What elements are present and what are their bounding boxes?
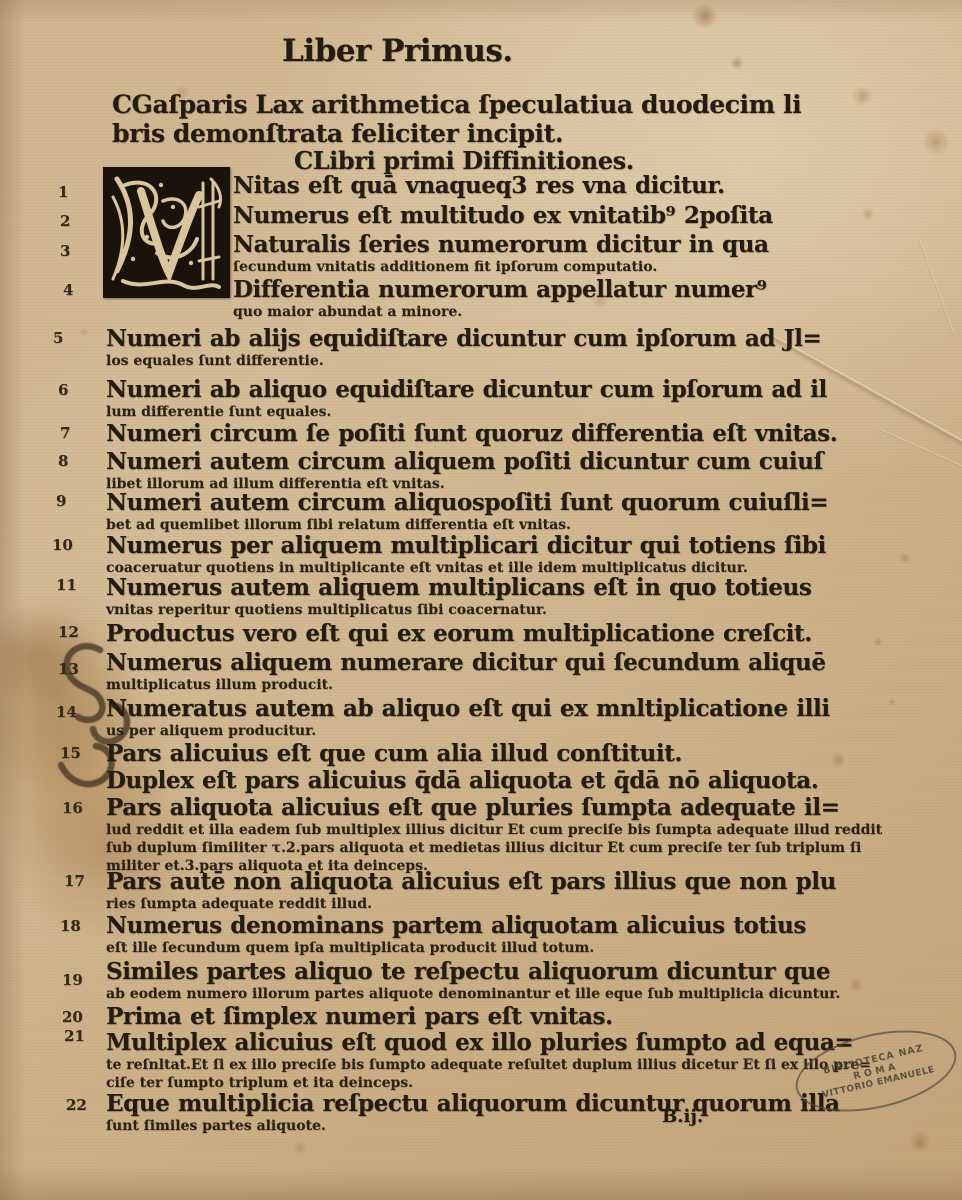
margin-number: 8 (58, 452, 68, 470)
definition-text: Numerus aliquem numerare dicitur qui ſec… (106, 649, 826, 676)
gloss-text: ſunt ſimiles partes aliquote. (106, 1117, 840, 1135)
definition-row: 3 Naturalis ſeries numerorum dicitur in … (233, 231, 769, 276)
definition-text: Pars aliquota alicuius eſt que pluries ſ… (106, 794, 882, 821)
definition-text: Numeri circum ſe poſiti ſunt quoruz diff… (106, 420, 837, 447)
definition-row: 12 Productus vero eſt qui ex eorum multi… (106, 620, 812, 647)
margin-number: 7 (60, 424, 70, 442)
definition-text: Duplex eſt pars alicuius q̄dā aliquota e… (106, 767, 818, 794)
definition-text: Similes partes aliquo te reſpectu aliquo… (106, 958, 840, 985)
margin-number: 22 (66, 1096, 87, 1114)
gloss-text: multiplicatus illum producit. (106, 676, 826, 694)
gloss-text: te reſnltat.Et ſi ex illo preciſe bis ſu… (106, 1056, 871, 1074)
gloss-text: us per aliquem producitur. (106, 722, 830, 740)
gloss-text: ſecundum vnitatis additionem fit ipſorum… (233, 258, 769, 276)
margin-number: 13 (58, 660, 79, 678)
margin-number: 12 (58, 623, 79, 641)
margin-number: 10 (52, 536, 73, 554)
page-title: Liber Primus. (282, 33, 513, 69)
definition-row: 4 Differentia numerorum appellatur numer… (233, 276, 766, 321)
paper-crease (917, 237, 954, 335)
definition-row: 21 Multiplex alicuius eſt quod ex illo p… (106, 1029, 871, 1092)
definition-text: Prima et ſimplex numeri pars eſt vnitas. (106, 1003, 613, 1030)
definition-row: 13 Numerus aliquem numerare dicitur qui … (106, 649, 826, 694)
definition-row: 8 Numeri autem circum aliquem poſiti dic… (106, 448, 823, 493)
definition-text: Numeri ab alijs equidiſtare dicuntur cum… (106, 325, 821, 352)
definition-row: 22 Eque multiplicia reſpectu aliquorum d… (106, 1090, 840, 1135)
definition-text: Eque multiplicia reſpectu aliquorum dicu… (106, 1090, 840, 1117)
margin-number: 20 (62, 1008, 83, 1026)
definition-text: Nitas eſt quā vnaqueq3 res vna dicitur. (233, 172, 725, 199)
definition-text: Numeratus autem ab aliquo eſt qui ex mnl… (106, 695, 830, 722)
signature-mark: B.ij. (662, 1106, 703, 1127)
margin-number: 18 (60, 917, 81, 935)
gloss-text: quo maior abundat a minore. (233, 303, 766, 321)
definition-row: 14 Numeratus autem ab aliquo eſt qui ex … (106, 695, 830, 740)
gloss-text: los equales ſunt differentie. (106, 352, 821, 370)
gloss-text: eſt ille ſecundum quem ipſa multiplicata… (106, 939, 806, 957)
definition-row: Duplex eſt pars alicuius q̄dā aliquota e… (106, 767, 818, 794)
margin-number: 3 (60, 242, 70, 260)
definition-text: Numeri ab aliquo equidiſtare dicuntur cu… (106, 376, 827, 403)
definition-text: Pars alicuius eſt que cum alia illud con… (106, 740, 682, 767)
definition-text: Multiplex alicuius eſt quod ex illo plur… (106, 1029, 871, 1056)
definition-text: Numerus denominans partem aliquotam alic… (106, 912, 806, 939)
margin-number: 6 (58, 381, 68, 399)
margin-number: 14 (56, 703, 77, 721)
gloss-text: lud reddit et illa eadem ſub multiplex i… (106, 821, 882, 839)
definition-row: 20 Prima et ſimplex numeri pars eſt vnit… (106, 1003, 613, 1030)
margin-number: 21 (64, 1027, 85, 1045)
incipit-line-1: CGaſparis Lax arithmetica ſpeculatiua du… (112, 90, 801, 119)
woodcut-initial-V (103, 167, 230, 298)
definition-row: 15 Pars alicuius eſt que cum alia illud … (106, 740, 682, 767)
definition-row: 1 Nitas eſt quā vnaqueq3 res vna dicitur… (233, 172, 725, 199)
margin-number: 9 (56, 492, 66, 510)
gloss-text: vnitas reperitur quotiens multiplicatus … (106, 601, 811, 619)
margin-number: 15 (60, 744, 81, 762)
definition-text: Pars autē non aliquota alicuius eſt pars… (106, 868, 836, 895)
definition-text: Numerus per aliquem multiplicari dicitur… (106, 532, 826, 559)
scanned-book-page: Liber Primus. CGaſparis Lax arithmetica … (0, 0, 962, 1200)
margin-number: 11 (56, 576, 77, 594)
margin-number: 2 (60, 212, 70, 230)
definition-text: Numeri autem circum aliquospoſiti ſunt q… (106, 489, 828, 516)
definition-text: Numeri autem circum aliquem poſiti dicun… (106, 448, 823, 475)
definition-text: Naturalis ſeries numerorum dicitur in qu… (233, 231, 769, 258)
section-heading: CLibri primi Diffinitiones. (294, 146, 634, 175)
definition-text: Productus vero eſt qui ex eorum multipli… (106, 620, 812, 647)
gloss-text: ſub duplum ſimiliter τ.2.pars aliquota e… (106, 839, 882, 857)
definition-text: Numerus autem aliquem multiplicans eſt i… (106, 574, 811, 601)
definition-text: Numerus eſt multitudo ex vnitatib⁹ 2poſi… (233, 202, 773, 229)
gloss-text: ab eodem numero illorum partes aliquote … (106, 985, 840, 1003)
definition-row: 17 Pars autē non aliquota alicuius eſt p… (106, 868, 836, 913)
margin-number: 4 (63, 281, 73, 299)
incipit-line-2: bris demonſtrata feliciter incipit. (112, 119, 563, 148)
definition-row: 9 Numeri autem circum aliquospoſiti ſunt… (106, 489, 828, 534)
definition-row: 19 Similes partes aliquo te reſpectu ali… (106, 958, 840, 1003)
definition-row: 11 Numerus autem aliquem multiplicans eſ… (106, 574, 811, 619)
definition-row: 2 Numerus eſt multitudo ex vnitatib⁹ 2po… (233, 202, 773, 229)
definition-row: 5 Numeri ab alijs equidiſtare dicuntur c… (106, 325, 821, 370)
margin-number: 17 (64, 872, 85, 890)
paper-crease (878, 428, 962, 483)
definition-row: 6 Numeri ab aliquo equidiſtare dicuntur … (106, 376, 827, 421)
definition-row: 18 Numerus denominans partem aliquotam a… (106, 912, 806, 957)
margin-number: 5 (53, 329, 63, 347)
definition-row: 16 Pars aliquota alicuius eſt que plurie… (106, 794, 882, 875)
gloss-text: lum differentie ſunt equales. (106, 403, 827, 421)
definition-row: 10 Numerus per aliquem multiplicari dici… (106, 532, 826, 577)
margin-number: 16 (62, 799, 83, 817)
gloss-text: ries ſumpta adequate reddit illud. (106, 895, 836, 913)
definition-text: Differentia numerorum appellatur numer⁹ (233, 276, 766, 303)
definition-row: 7 Numeri circum ſe poſiti ſunt quoruz di… (106, 420, 837, 447)
margin-number: 19 (62, 971, 83, 989)
margin-number: 1 (58, 183, 68, 201)
